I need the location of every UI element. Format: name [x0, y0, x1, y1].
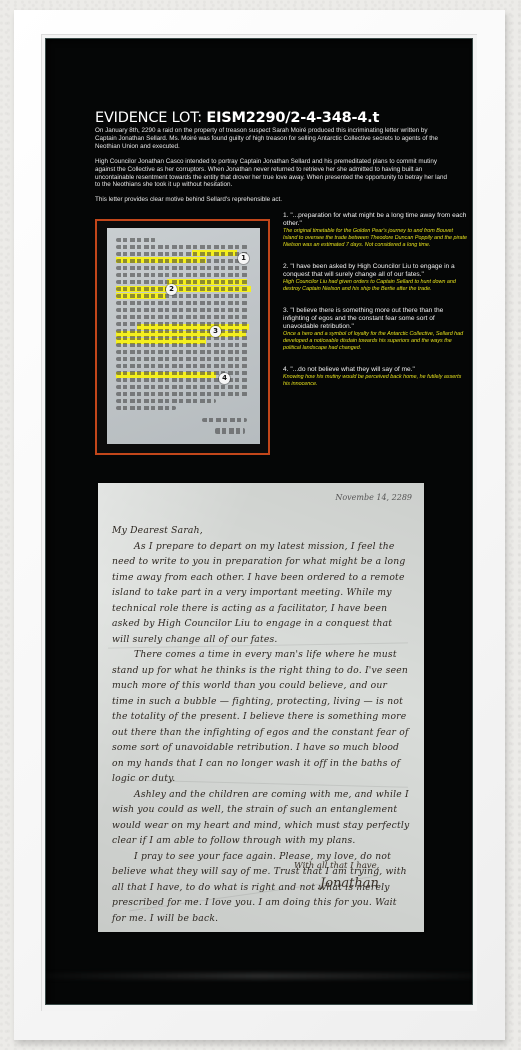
- thumbnail-handwriting-line: [116, 364, 248, 368]
- thumbnail-handwriting-line: [116, 406, 176, 410]
- annotation-badge-4: 4: [219, 373, 230, 384]
- exhibit-title: EVIDENCE LOT: EISM2290/2-4-348-4.t: [95, 110, 450, 127]
- note-quote: 2. "I have been asked by High Councilor …: [283, 263, 468, 279]
- thumbnail-handwriting-line: [116, 315, 248, 319]
- exhibit-paragraph: On January 8th, 2290 a raid on the prope…: [95, 127, 450, 151]
- note-quote: 1. "...preparation for what might be a l…: [283, 212, 468, 228]
- thumbnail-handwriting-line: [116, 343, 248, 347]
- annotated-letter-thumbnail: 1 2 3 4: [95, 219, 270, 455]
- annotation-badge-3: 3: [210, 326, 221, 337]
- thumbnail-handwriting-line: [116, 322, 248, 326]
- thumbnail-handwriting-line: [116, 301, 248, 305]
- thumbnail-handwriting-line: [116, 357, 248, 361]
- letter-paragraph: As I prepare to depart on my latest miss…: [112, 539, 410, 648]
- thumbnail-handwriting-line: [116, 245, 248, 249]
- thumbnail-handwriting-line: [116, 294, 248, 298]
- thumbnail-handwriting-line: [116, 336, 248, 340]
- note-2: 2. "I have been asked by High Councilor …: [283, 263, 468, 293]
- letter-paragraph: Ashley and the children are coming with …: [112, 787, 410, 849]
- thumbnail-handwriting-line: [116, 252, 248, 256]
- letter-closing: With all that I have,: [294, 861, 379, 871]
- thumbnail-handwriting-line: [116, 385, 248, 389]
- note-1: 1. "...preparation for what might be a l…: [283, 212, 468, 249]
- note-explanation: Knowing how his mutiny would be perceive…: [283, 374, 468, 388]
- exhibit-paragraph: High Councilor Jonathan Casco intended t…: [95, 158, 450, 190]
- note-quote: 4. "...do not believe what they will say…: [283, 366, 468, 374]
- thumbnail-paper: 1 2 3 4: [107, 228, 260, 444]
- note-quote: 3. "I believe there is something more ou…: [283, 307, 468, 332]
- annotation-notes: 1. "...preparation for what might be a l…: [283, 212, 468, 402]
- black-mat: EVIDENCE LOT: EISM2290/2-4-348-4.t On Ja…: [45, 38, 473, 1005]
- thumbnail-handwriting-line: [116, 238, 156, 242]
- thumbnail-handwriting-line: [116, 280, 248, 284]
- thumbnail-handwriting-line: [116, 273, 248, 277]
- thumbnail-handwriting-line: [116, 329, 248, 333]
- letter-salutation: My Dearest Sarah,: [112, 523, 410, 539]
- thumbnail-handwriting-line: [116, 399, 216, 403]
- letter-signature: Jonathan: [320, 876, 379, 891]
- title-prefix: EVIDENCE LOT:: [95, 110, 206, 126]
- annotation-badge-1: 1: [238, 253, 249, 264]
- thumbnail-handwriting-line: [116, 308, 248, 312]
- exhibit-paragraph: This letter provides clear motive behind…: [95, 196, 450, 204]
- note-4: 4. "...do not believe what they will say…: [283, 366, 468, 388]
- exhibit-header: EVIDENCE LOT: EISM2290/2-4-348-4.t On Ja…: [95, 110, 450, 211]
- note-explanation: High Councilor Liu had given orders to C…: [283, 279, 468, 293]
- annotation-badge-2: 2: [166, 284, 177, 295]
- letter-date: Novembe 14, 2289: [335, 493, 412, 502]
- note-explanation: Once a hero and a symbol of loyalty for …: [283, 331, 468, 351]
- letter-paragraph: There comes a time in every man's life w…: [112, 647, 410, 787]
- thumbnail-handwriting-line: [116, 266, 248, 270]
- thumbnail-closing: [202, 418, 247, 422]
- thumbnail-handwriting-line: [116, 259, 248, 263]
- thumbnail-handwriting-line: [116, 350, 248, 354]
- thumbnail-handwriting-line: [116, 392, 248, 396]
- thumbnail-handwriting-line: [116, 287, 248, 291]
- glass-reflection: [45, 973, 473, 979]
- note-explanation: The original timetable for the Golden Pe…: [283, 228, 468, 248]
- lot-number: EISM2290/2-4-348-4.t: [206, 110, 379, 126]
- handwritten-letter: Novembe 14, 2289 My Dearest Sarah, As I …: [98, 483, 424, 932]
- note-3: 3. "I believe there is something more ou…: [283, 307, 468, 352]
- thumbnail-signature: [215, 428, 245, 434]
